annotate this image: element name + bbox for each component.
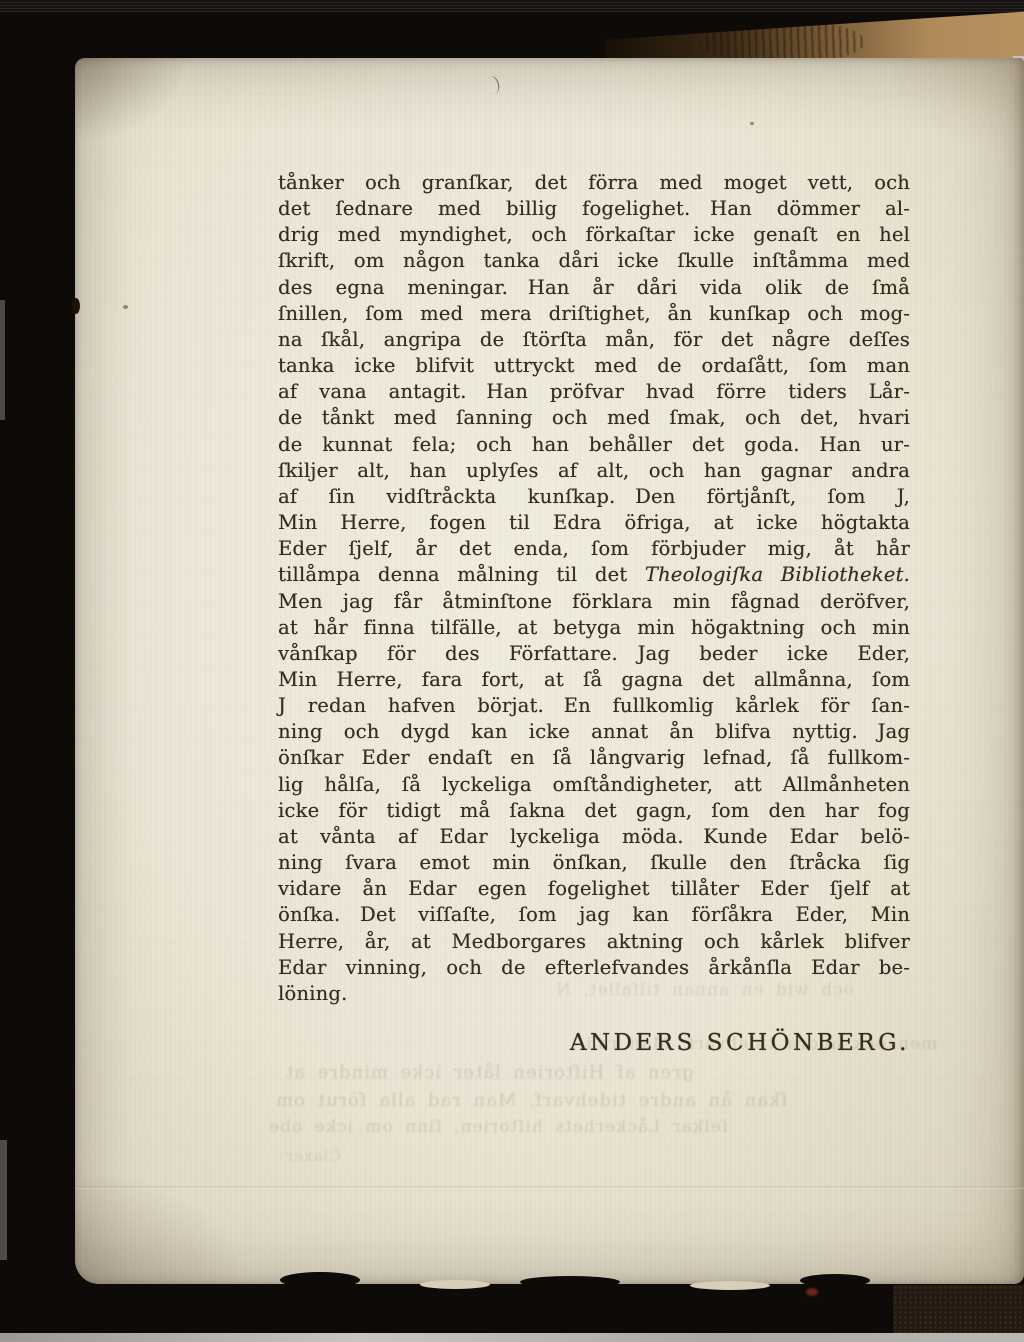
text-line: ning ſvara emot min önſkan, ſkulle den ſ…	[278, 850, 910, 876]
text-line: at vånta af Edar lyckeliga möda. Kunde E…	[278, 824, 910, 850]
scanner-strip-left-lower	[0, 1140, 7, 1260]
text-line: ſnillen, ſom med mera driſtighet, ån kun…	[278, 301, 910, 327]
scanner-strip-bottom	[0, 1333, 1024, 1342]
text-line: Edar vinning, och de efterlefvandes årkå…	[278, 955, 910, 981]
page-stack-edges	[700, 22, 865, 62]
text-line: na ſkål, angripa de ſtörſta mån, för det…	[278, 327, 910, 353]
text-line: tånker och granſkar, det förra med moget…	[278, 170, 910, 196]
paper-speck	[123, 305, 128, 309]
paper-crease	[75, 1186, 1024, 1189]
cover-red-fleck	[806, 1288, 818, 1296]
text-line: Min Herre, fogen til Edra öfriga, at ick…	[278, 510, 910, 536]
paper-speck	[750, 122, 754, 125]
text-line: de tånkt med ſanning och med ſmak, och d…	[278, 405, 910, 431]
text-line: ſkiljer alt, han uplyſes af alt, och han…	[278, 458, 910, 484]
bleedthrough-text: ſelkar Låckerhets hiſtorien, finn om ick…	[268, 1117, 728, 1137]
text-line: ſkrift, om någon tanka dåri icke ſkulle …	[278, 248, 910, 274]
text-line: ning och dygd kan icke annat ån blifva n…	[278, 719, 910, 745]
text-line: Herre, år, at Medborgares aktning och kå…	[278, 929, 910, 955]
ink-mark	[72, 298, 80, 314]
text-line: vånſkap för des Författare. Jag beder ic…	[278, 641, 910, 667]
page-body-text: tånker och granſkar, det förra med moget…	[278, 170, 910, 1007]
text-line: önſkar Eder endaſt en ſå långvarig lefna…	[278, 745, 910, 771]
bleedthrough-text: Claxer	[285, 1147, 341, 1165]
book-page: och wid en annan tilfallet, Nmen ock and…	[75, 58, 1024, 1284]
text-line: des egna meningar. Han år dåri vida olik…	[278, 275, 910, 301]
book-cover-corner	[893, 1285, 1024, 1333]
text-line: lig hålſa, ſå lyckeliga omſtåndigheter, …	[278, 772, 910, 798]
text-line: Men jag får åtminſtone förklara min fågn…	[278, 589, 910, 615]
text-line: icke för tidigt må ſakna det gagn, ſom d…	[278, 798, 910, 824]
text-line: det ſednare med billig fogelighet. Han d…	[278, 196, 910, 222]
signature: ANDERS SCHÖNBERG.	[278, 1030, 910, 1056]
paper-deckle-notch	[520, 1276, 620, 1288]
bleedthrough-text: gren af Hiſtorien låter icke mindre at	[285, 1062, 693, 1083]
text-line: J redan hafven börjat. En fullkomlig kår…	[278, 693, 910, 719]
bleedthrough-text: ſkan ån andre tidehvarf, Man rad alla fö…	[275, 1090, 788, 1111]
text-line: Min Herre, fara fort, at ſå gagna det al…	[278, 667, 910, 693]
paper-deckle-bump	[420, 1280, 490, 1289]
text-line: tanka icke blifvit uttryckt med de ordaſ…	[278, 353, 910, 379]
paper-deckle-notch	[800, 1274, 870, 1287]
paper-deckle-notch	[280, 1272, 360, 1288]
text-line: af vana antagit. Han pröfvar hvad förre …	[278, 379, 910, 405]
scanner-strip-left-upper	[0, 300, 5, 420]
text-line: af ſin vidſtråckta kunſkap. Den förtjånſ…	[278, 484, 910, 510]
text-line: Eder ſjelf, år det enda, ſom förbjuder m…	[278, 536, 910, 562]
text-line: at hår finna tilfälle, at betyga min hög…	[278, 615, 910, 641]
paper-deckle-bump	[690, 1281, 770, 1290]
text-line: tillåmpa denna målning til det Theologiſ…	[278, 562, 910, 588]
text-line: löning.	[278, 981, 910, 1007]
book-scan: och wid en annan tilfallet, Nmen ock and…	[0, 0, 1024, 1342]
scan-top-edge	[0, 0, 1024, 12]
ink-mark	[486, 75, 501, 95]
text-line: vidare ån Edar egen fogelighet tillåter …	[278, 876, 910, 902]
text-line: önſka. Det viſſaſte, ſom jag kan förſåkr…	[278, 902, 910, 928]
text-line: drig med myndighet, och förkaſtar icke g…	[278, 222, 910, 248]
text-line: de kunnat fela; och han behåller det god…	[278, 432, 910, 458]
